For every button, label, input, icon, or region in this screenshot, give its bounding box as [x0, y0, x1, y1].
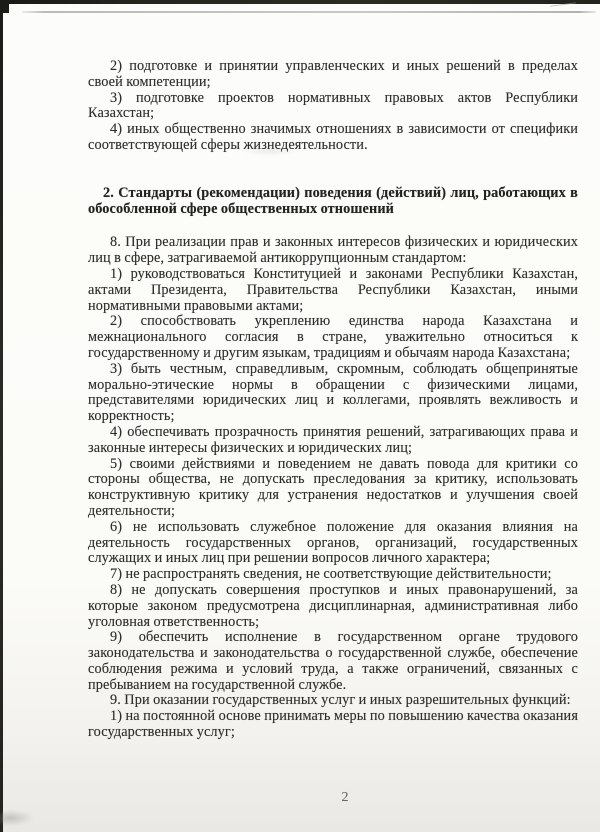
numbered-list-item: 2) способствовать укреплению единства на…	[88, 314, 578, 361]
numbered-list-item: 1) на постоянной основе принимать меры п…	[88, 709, 578, 741]
numbered-list-item: 4) иных общественно значимых отношениях …	[88, 122, 578, 154]
section-heading: 2. Стандарты (рекомендации) поведения (д…	[88, 186, 578, 218]
scan-smudge-bottom-left	[0, 810, 34, 826]
page-number: 2	[100, 790, 590, 806]
clause-8-intro: 8. При реализации прав и законных интере…	[88, 235, 578, 267]
numbered-list-item: 2) подготовке и принятии управленческих …	[88, 59, 578, 91]
numbered-list-item: 6) не использовать служебное положение д…	[88, 520, 578, 567]
scanned-document-page: 2) подготовке и принятии управленческих …	[0, 0, 600, 832]
numbered-list-item: 3) подготовке проектов нормативных право…	[88, 91, 578, 123]
numbered-list-item: 8) не допускать совершения проступков и …	[88, 583, 578, 630]
scan-edge-left	[0, 0, 3, 832]
numbered-list-item: 3) быть честным, справедливым, скромным,…	[88, 362, 578, 425]
numbered-list-item: 7) не распространять сведения, не соотве…	[88, 567, 578, 583]
scan-line-artifact	[22, 11, 596, 13]
document-body: 2) подготовке и принятии управленческих …	[88, 59, 578, 741]
clause-9-intro: 9. При оказании государственных услуг и …	[88, 693, 578, 709]
numbered-list-item: 5) своими действиями и поведением не дав…	[88, 457, 578, 520]
numbered-list-item: 1) руководствоваться Конституцией и зако…	[88, 267, 578, 314]
scan-edge-top	[0, 0, 600, 4]
numbered-list-item: 9) обеспечить исполнение в государственн…	[88, 630, 578, 693]
numbered-list-item: 4) обеспечивать прозрачность принятия ре…	[88, 425, 578, 457]
